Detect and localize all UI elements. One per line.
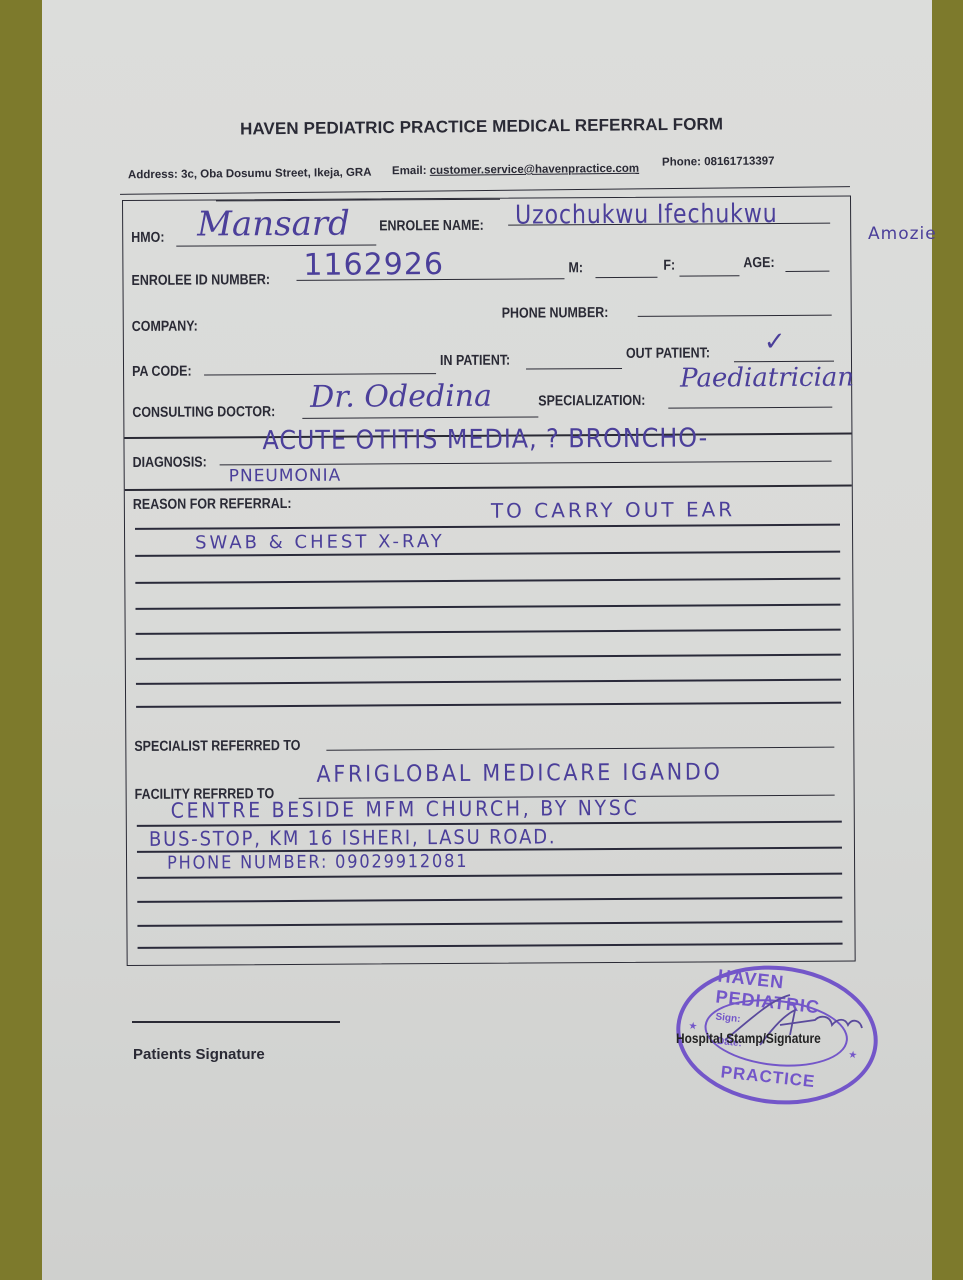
reason-line-3[interactable]	[135, 578, 840, 584]
enrolee-name-overflow: Amozie	[868, 224, 937, 244]
pa-code-label: PA CODE:	[132, 364, 192, 380]
diagnosis-label: DIAGNOSIS:	[133, 454, 207, 470]
hmo-field-line[interactable]	[176, 244, 376, 246]
stamp-bottom-text: PRACTICE	[720, 1062, 816, 1092]
patient-signature-label: Patients Signature	[133, 1046, 265, 1063]
reason-line-8[interactable]	[136, 702, 841, 708]
reason-line-7[interactable]	[136, 679, 841, 685]
company-label: COMPANY:	[132, 319, 198, 335]
facility-line-4[interactable]	[137, 873, 842, 879]
patient-signature-line[interactable]	[132, 1021, 340, 1023]
age-label: AGE:	[743, 255, 774, 271]
reason-value-line2[interactable]: SWAB & CHEST X-RAY	[195, 531, 445, 554]
facility-line-5[interactable]	[137, 897, 842, 903]
reason-line-6[interactable]	[136, 654, 841, 660]
diagnosis-field-line[interactable]	[220, 461, 832, 466]
address-value: 3c, Oba Dosumu Street, Ikeja, GRA	[181, 167, 372, 181]
phone-value: 08161713397	[704, 155, 774, 168]
facility-value-line4[interactable]: PHONE NUMBER: 09029912081	[167, 851, 468, 874]
phone-number-label: PHONE NUMBER:	[502, 305, 609, 322]
facility-line-6[interactable]	[137, 921, 842, 927]
diagnosis-value-line2[interactable]: PNEUMONIA	[229, 466, 342, 487]
enrolee-id-value[interactable]: 1162926	[303, 247, 444, 283]
email-line: Email: customer.service@havenpractice.co…	[392, 163, 639, 178]
company-field-line[interactable]	[216, 199, 500, 202]
stamp-star-right-icon: ★	[848, 1050, 858, 1062]
specialization-field-line[interactable]	[668, 407, 832, 409]
consulting-doctor-label: CONSULTING DOCTOR:	[132, 404, 275, 421]
facility-line-7[interactable]	[138, 943, 843, 949]
f-field-line[interactable]	[679, 275, 739, 276]
consulting-doctor-value[interactable]: Dr. Odedina	[310, 379, 492, 415]
facility-value-line3[interactable]: BUS-STOP, KM 16 ISHERI, LASU ROAD.	[149, 824, 557, 850]
f-label: F:	[663, 258, 675, 274]
specialization-value[interactable]: Paediatrician	[680, 363, 854, 394]
age-field-line[interactable]	[785, 271, 829, 272]
facility-value-line1[interactable]: AFRIGLOBAL MEDICARE IGANDO	[316, 759, 722, 787]
reason-line-5[interactable]	[136, 629, 841, 635]
enrolee-name-value[interactable]: Uzochukwu Ifechukwu	[515, 199, 778, 231]
reason-label: REASON FOR REFERRAL:	[133, 496, 292, 513]
enrolee-id-label: ENROLEE ID NUMBER:	[131, 272, 270, 289]
email-link[interactable]: customer.service@havenpractice.com	[430, 163, 640, 177]
out-patient-label: OUT PATIENT:	[626, 345, 710, 362]
reason-line-4[interactable]	[135, 604, 840, 610]
consulting-doctor-field-line[interactable]	[302, 416, 538, 418]
reason-line-1[interactable]	[135, 524, 840, 530]
address-line: Address: 3c, Oba Dosumu Street, Ikeja, G…	[128, 167, 372, 182]
specialization-label: SPECIALIZATION:	[538, 393, 645, 410]
reason-value-line1[interactable]: TO CARRY OUT EAR	[491, 497, 735, 522]
specialist-field-line[interactable]	[326, 747, 834, 751]
form-box: HMO: Mansard ENROLEE NAME: Uzochukwu Ife…	[122, 196, 856, 966]
phone-number-field-line[interactable]	[638, 315, 832, 317]
m-field-line[interactable]	[595, 277, 657, 278]
phone-line: Phone: 08161713397	[662, 155, 775, 168]
in-patient-field-line[interactable]	[526, 368, 622, 370]
diagnosis-value-line1[interactable]: ACUTE OTITIS MEDIA, ? BRONCHO-	[262, 423, 708, 456]
phone-label: Phone:	[662, 156, 701, 168]
pa-code-field-line[interactable]	[204, 373, 436, 375]
in-patient-label: IN PATIENT:	[440, 353, 510, 369]
out-patient-checkmark[interactable]: ✓	[764, 327, 786, 357]
address-label: Address:	[128, 169, 178, 182]
hmo-value[interactable]: Mansard	[197, 204, 350, 245]
m-label: M:	[568, 260, 583, 276]
specialist-label: SPECIALIST REFERRED TO	[134, 738, 300, 755]
hmo-label: HMO:	[131, 230, 164, 246]
enrolee-name-label: ENROLEE NAME:	[379, 218, 484, 235]
email-label: Email:	[392, 165, 427, 177]
hospital-signature-label: Hospital Stamp/Signature	[676, 1030, 821, 1046]
facility-value-line2[interactable]: CENTRE BESIDE MFM CHURCH, BY NYSC	[171, 796, 640, 823]
